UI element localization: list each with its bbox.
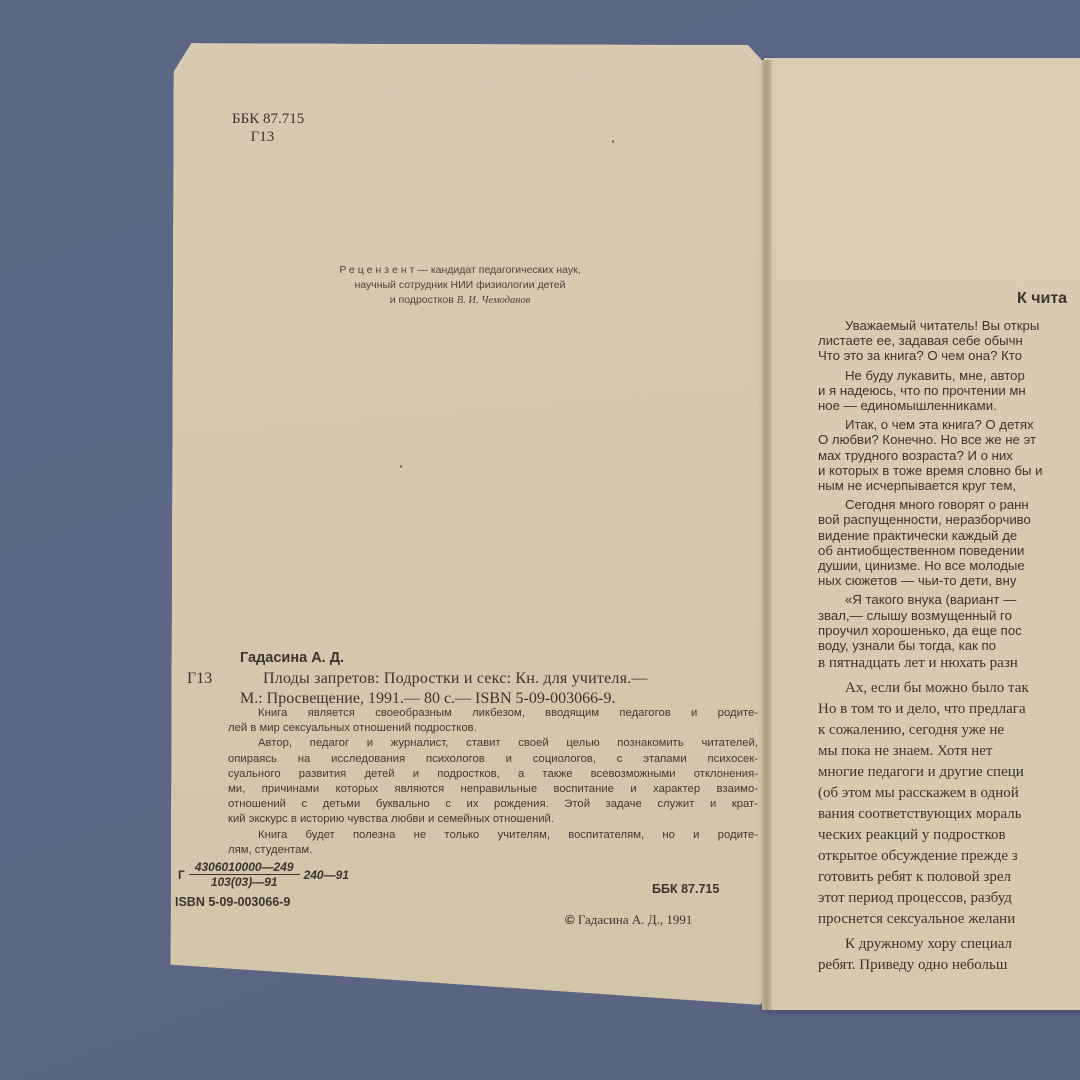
body-text-line: Сегодня много говорят о ранн [818, 497, 1080, 512]
body-text-line: Ах, если бы можно было так [818, 678, 1080, 699]
annotation-line: Книга является своеобразным ликбезом, вв… [228, 706, 758, 721]
bbk-classification-bottom: ББК 87.715 [652, 882, 719, 896]
body-text-line: К дружному хору специал [818, 934, 1080, 955]
right-page-body: Уважаемый читатель! Вы открылистаете ее,… [818, 318, 1080, 976]
body-text-line: душии, цинизме. Но все молодые [818, 558, 1080, 573]
body-text-line: открытое обсуждение прежде з [818, 846, 1080, 867]
body-text-line: к сожалению, сегодня уже не [818, 720, 1080, 741]
annotation-line: опираясь на исследования психологов и со… [228, 752, 758, 767]
body-text-line: ребят. Приведу одно небольш [818, 955, 1080, 976]
annotation-line: кий экскурс в историю чувства любви и се… [228, 812, 758, 827]
imprint-code: Г 4306010000—249 103(03)—91 240—91 [178, 860, 349, 889]
copyright-text: Гадасина А. Д., 1991 [575, 912, 693, 927]
annotation-line: суального развития детей и подростков, а… [228, 767, 758, 782]
body-text-line: видение практически каждый де [818, 528, 1080, 543]
body-text-line: и я надеюсь, что по прочтении мн [818, 383, 1080, 398]
body-text-line: (об этом мы расскажем в одной [818, 783, 1080, 804]
catalog-title-line: Плоды запретов: Подростки и секс: Кн. дл… [263, 670, 648, 688]
body-text-line: мы пока не знаем. Хотя нет [818, 741, 1080, 762]
reviewer-line3: и подростков [390, 294, 457, 306]
body-text-line: в пятнадцать лет и нюхать разн [818, 653, 1080, 674]
reviewer-label: Рецензент [339, 264, 417, 276]
paper-speck [612, 140, 614, 143]
reviewer-line2: научный сотрудник НИИ физиологии детей [300, 278, 620, 293]
paper-speck [400, 465, 402, 468]
annotation-line: отношений с детьми буквально с их рожден… [228, 797, 758, 812]
body-text-line: воду, узнали бы тогда, как по [818, 638, 1080, 653]
body-text-line: звал,— слышу возмущенный го [818, 608, 1080, 623]
annotation-line: Книга будет полезна не только учителям, … [228, 828, 758, 843]
annotation-line: Автор, педагог и журналист, ставит своей… [228, 736, 758, 751]
book-spine-gutter [762, 60, 772, 1010]
body-text-line: и которых в тоже время словно бы и [818, 463, 1080, 478]
right-page-heading: К чита [1017, 290, 1067, 308]
body-text-line: ное — единомышленниками. [818, 398, 1080, 413]
body-text-line: Но в том то и дело, что предлага [818, 699, 1080, 720]
annotation-line: ми, причинами которых являются неправиль… [228, 782, 758, 797]
body-text-line: об антиобщественном поведении [818, 543, 1080, 558]
body-text-line: Итак, о чем эта книга? О детях [818, 417, 1080, 432]
body-text-line: листаете ее, задавая себе обычн [818, 333, 1080, 348]
body-text-line: проснется сексуальное желани [818, 909, 1080, 930]
copyright-line: © Гадасина А. Д., 1991 [565, 912, 692, 928]
reviewer-note: Рецензент— кандидат педагогических наук,… [300, 263, 620, 308]
body-text-line: Не буду лукавить, мне, автор [818, 368, 1080, 383]
reviewer-name: В. И. Чемоданов [457, 295, 531, 306]
annotation-line: лям, студентам. [228, 843, 758, 858]
body-text-line: Уважаемый читатель! Вы откры [818, 318, 1080, 333]
imprint-suffix: 240—91 [304, 868, 349, 882]
catalog-author: Гадасина А. Д. [240, 650, 344, 666]
body-text-line: многие педагоги и другие специ [818, 762, 1080, 783]
annotation-line: лей в мир сексуальных отношений подростк… [228, 721, 758, 736]
body-text-line: вания соответствующих мораль [818, 804, 1080, 825]
body-text-line: ных сюжетов — чьи-то дети, вну [818, 573, 1080, 588]
body-text-line: ным не исчерпывается круг тем, [818, 478, 1080, 493]
body-text-line: «Я такого внука (вариант — [818, 592, 1080, 607]
body-text-line: ческих реакций у подростков [818, 825, 1080, 846]
isbn: ISBN 5-09-003066-9 [175, 895, 290, 909]
imprint-letter: Г [178, 868, 185, 882]
reviewer-line1: — кандидат педагогических наук, [417, 264, 580, 276]
body-text-line: вой распущенности, неразборчиво [818, 512, 1080, 527]
body-text-line: мах трудного возраста? И о них [818, 448, 1080, 463]
body-text-line: этот период процессов, разбуд [818, 888, 1080, 909]
body-text-line: готовить ребят к половой зрел [818, 867, 1080, 888]
bbk-classification-top: ББК 87.715 Г13 [232, 110, 304, 146]
body-text-line: проучил хорошенько, да еще пос [818, 623, 1080, 638]
body-text-line: О любви? Конечно. Но все же не эт [818, 432, 1080, 447]
author-sign-code: Г13 [232, 128, 304, 146]
catalog-code: Г13 [187, 670, 212, 688]
imprint-numerator: 4306010000—249 [189, 860, 300, 875]
imprint-fraction: 4306010000—249 103(03)—91 [189, 860, 300, 889]
imprint-denominator: 103(03)—91 [211, 875, 278, 889]
copyright-icon: © [565, 912, 575, 927]
catalog-annotation: Книга является своеобразным ликбезом, вв… [228, 706, 758, 858]
body-text-line: Что это за книга? О чем она? Кто [818, 348, 1080, 363]
bbk-code: ББК 87.715 [232, 110, 304, 128]
